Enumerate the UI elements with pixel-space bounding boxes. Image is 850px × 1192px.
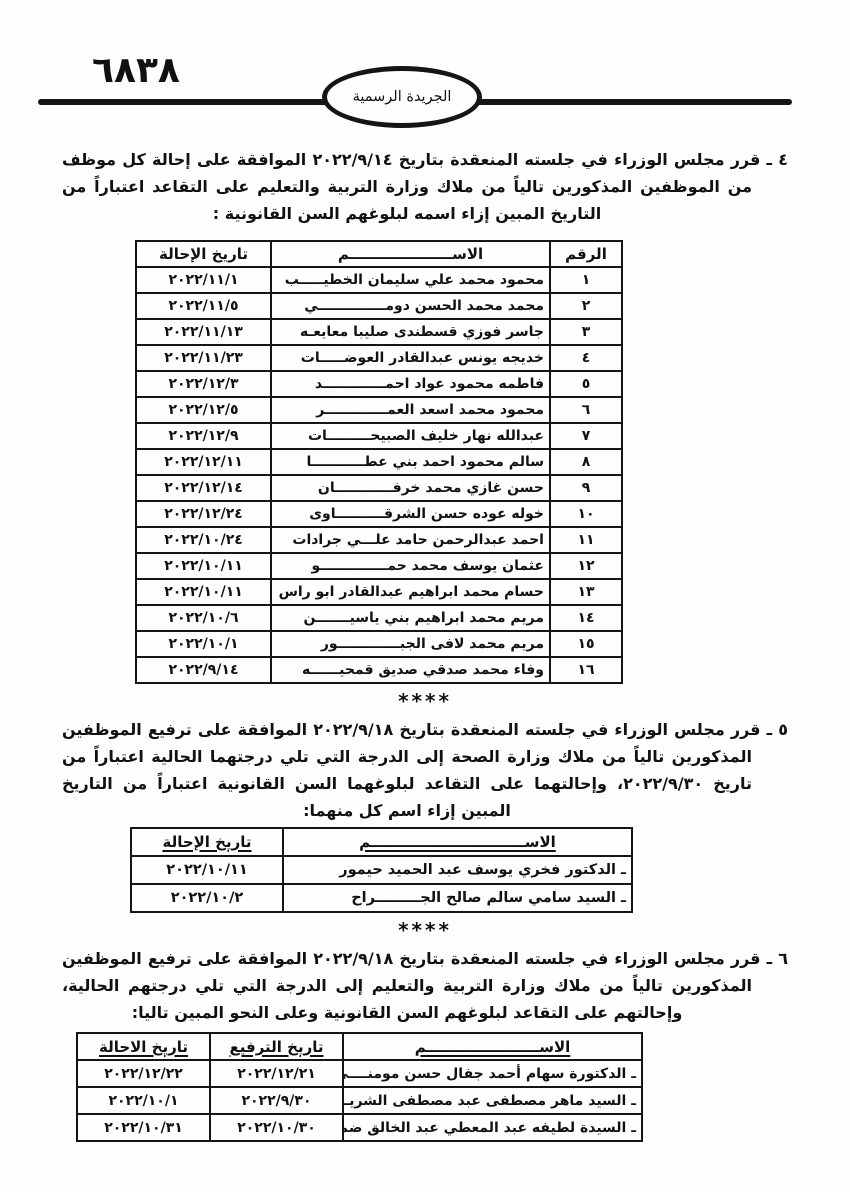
retirement-table-header-row: الرقم الاســــــــــــــــــــم تاريخ ال… [136, 241, 622, 267]
referral-date: ٢٠٢٢/١٠/٢٤ [136, 527, 271, 553]
employee-name: خوله عوده حسن الشرقــــــــــاوى [271, 501, 550, 527]
employee-name: مريم محمد لافى الجبـــــــــــــور [271, 631, 550, 657]
employee-name: محمود محمد علي سليمان الخطيـــــب [271, 267, 550, 293]
referral-date: ٢٠٢٢/١٠/١١ [136, 579, 271, 605]
referral-date: ٢٠٢٢/١٠/١١ [136, 553, 271, 579]
referral-date: ٢٠٢٢/١٢/٢٢ [77, 1060, 210, 1087]
column-header-promotion-date: تاريخ الترفيع [210, 1033, 343, 1060]
table-row: ١٤ مريم محمد ابراهيم بني ياسيـــــــن ٢٠… [136, 605, 622, 631]
table-row: ١٠ خوله عوده حسن الشرقــــــــــاوى ٢٠٢٢… [136, 501, 622, 527]
table-row: ١٦ وفاء محمد صدقي صديق قمحيــــــه ٢٠٢٢/… [136, 657, 622, 683]
employee-name: خديجه يونس عبدالقادر العوضـــــات [271, 345, 550, 371]
promotion-date: ٢٠٢٢/١٠/٣٠ [210, 1114, 343, 1141]
education-promotion-table: الاســــــــــــــــــــــم تاريخ الترفي… [76, 1032, 643, 1142]
education-table-header-row: الاســــــــــــــــــــــم تاريخ الترفي… [77, 1033, 642, 1060]
table-row: ٢ محمد محمد الحسن دومــــــــــــــي ٢٠٢… [136, 293, 622, 319]
referral-date: ٢٠٢٢/١٢/٥ [136, 397, 271, 423]
row-number: ٢ [550, 293, 622, 319]
gazette-logo-oval: الجريدة الرسمية [322, 66, 482, 128]
referral-date: ٢٠٢٢/١١/١٣ [136, 319, 271, 345]
column-header-referral-date: تاريخ الاحالة [77, 1033, 210, 1060]
row-number: ٦ [550, 397, 622, 423]
health-table-header-row: الاســــــــــــــــــــــــــــــم تاري… [131, 828, 632, 856]
table-row: ـ السيد ماهر مصطفى عبد مصطفى الشريـــف ٢… [77, 1087, 642, 1114]
referral-date: ٢٠٢٢/١٠/١١ [131, 856, 283, 884]
employee-name: ـ الدكتور فخري يوسف عبد الحميد حيمور [283, 856, 632, 884]
employee-name: عثمان يوسف محمد حمــــــــــــــو [271, 553, 550, 579]
row-number: ٧ [550, 423, 622, 449]
employee-name: محمد محمد الحسن دومــــــــــــــي [271, 293, 550, 319]
row-number: ٨ [550, 449, 622, 475]
referral-date: ٢٠٢٢/١٠/٢ [131, 884, 283, 912]
column-header-referral-date: تاريخ الإحالة [131, 828, 283, 856]
promotion-date: ٢٠٢٢/١٢/٢١ [210, 1060, 343, 1087]
table-row: ١١ احمد عبدالرحمن حامد علـــي جرادات ٢٠٢… [136, 527, 622, 553]
column-header-name: الاســــــــــــــــــــم [271, 241, 550, 267]
promotion-date: ٢٠٢٢/٩/٣٠ [210, 1087, 343, 1114]
employee-name: ـ السيد سامي سالم صالح الجـــــــــراح [283, 884, 632, 912]
column-header-name: الاســــــــــــــــــــــــــــــم [283, 828, 632, 856]
table-row: ٣ جاسر فوزي قسطندى صليبا معايعـه ٢٠٢٢/١١… [136, 319, 622, 345]
table-row: ـ السيد سامي سالم صالح الجـــــــــراح ٢… [131, 884, 632, 912]
row-number: ١٥ [550, 631, 622, 657]
row-number: ٣ [550, 319, 622, 345]
column-header-referral-date: تاريخ الإحالة [136, 241, 271, 267]
employee-name: سالم محمود احمد بني عطـــــــــــا [271, 449, 550, 475]
referral-date: ٢٠٢٢/١١/٥ [136, 293, 271, 319]
referral-date: ٢٠٢٢/١١/٢٣ [136, 345, 271, 371]
table-row: ـ الدكتورة سهام أحمد جفال حسن مومنــــي … [77, 1060, 642, 1087]
employee-name: مريم محمد ابراهيم بني ياسيـــــــن [271, 605, 550, 631]
table-row: ـ الدكتور فخري يوسف عبد الحميد حيمور ٢٠٢… [131, 856, 632, 884]
table-row: ١٢ عثمان يوسف محمد حمــــــــــــــو ٢٠٢… [136, 553, 622, 579]
row-number: ١٤ [550, 605, 622, 631]
referral-date: ٢٠٢٢/١٠/١ [136, 631, 271, 657]
referral-date: ٢٠٢٢/٩/١٤ [136, 657, 271, 683]
gazette-title: الجريدة الرسمية [353, 89, 452, 105]
row-number: ٩ [550, 475, 622, 501]
referral-date: ٢٠٢٢/١٢/١٤ [136, 475, 271, 501]
table-row: ٥ فاطمه محمود عواد احمـــــــــــــد ٢٠٢… [136, 371, 622, 397]
page-number: ٦٨٣٨ [92, 50, 180, 91]
decree-5-text: ٥ ـ قرر مجلس الوزراء في جلسته المنعقدة ب… [62, 716, 788, 824]
employee-name: ـ الدكتورة سهام أحمد جفال حسن مومنــــي [343, 1060, 642, 1087]
row-number: ٥ [550, 371, 622, 397]
decree-6-text: ٦ ـ قرر مجلس الوزراء في جلسته المنعقدة ب… [62, 945, 788, 1026]
row-number: ١١ [550, 527, 622, 553]
section-separator: **** [62, 690, 788, 712]
page-content: ٤ ـ قرر مجلس الوزراء في جلسته المنعقدة ب… [62, 146, 788, 1142]
decree-4-text: ٤ ـ قرر مجلس الوزراء في جلسته المنعقدة ب… [62, 146, 788, 227]
section-separator: **** [62, 919, 788, 941]
retirement-table: الرقم الاســــــــــــــــــــم تاريخ ال… [135, 240, 623, 684]
referral-date: ٢٠٢٢/١١/١ [136, 267, 271, 293]
row-number: ١٦ [550, 657, 622, 683]
employee-name: عبدالله نهار خليف الصبيحـــــــــات [271, 423, 550, 449]
employee-name: محمود محمد اسعد العمـــــــــــــر [271, 397, 550, 423]
employee-name: جاسر فوزي قسطندى صليبا معايعـه [271, 319, 550, 345]
table-row: ٦ محمود محمد اسعد العمـــــــــــــر ٢٠٢… [136, 397, 622, 423]
employee-name: حسام محمد ابراهيم عبدالقادر ابو راس [271, 579, 550, 605]
referral-date: ٢٠٢٢/١٢/٩ [136, 423, 271, 449]
row-number: ١٢ [550, 553, 622, 579]
employee-name: فاطمه محمود عواد احمـــــــــــــد [271, 371, 550, 397]
gazette-page: ٦٨٣٨ الجريدة الرسمية ٤ ـ قرر مجلس الوزرا… [0, 0, 850, 1192]
table-row: ١٥ مريم محمد لافى الجبـــــــــــــور ٢٠… [136, 631, 622, 657]
table-row: ١ محمود محمد علي سليمان الخطيـــــب ٢٠٢٢… [136, 267, 622, 293]
referral-date: ٢٠٢٢/١٢/١١ [136, 449, 271, 475]
health-promotion-table: الاســــــــــــــــــــــــــــــم تاري… [130, 827, 633, 913]
employee-name: ـ السيدة لطيفه عبد المعطي عبد الخالق ضمر… [343, 1114, 642, 1141]
employee-name: وفاء محمد صدقي صديق قمحيــــــه [271, 657, 550, 683]
referral-date: ٢٠٢٢/١٠/٣١ [77, 1114, 210, 1141]
column-header-number: الرقم [550, 241, 622, 267]
employee-name: احمد عبدالرحمن حامد علـــي جرادات [271, 527, 550, 553]
table-row: ـ السيدة لطيفه عبد المعطي عبد الخالق ضمر… [77, 1114, 642, 1141]
table-row: ٤ خديجه يونس عبدالقادر العوضـــــات ٢٠٢٢… [136, 345, 622, 371]
table-row: ٩ حسن غازي محمد خرفــــــــــــان ٢٠٢٢/١… [136, 475, 622, 501]
employee-name: حسن غازي محمد خرفــــــــــــان [271, 475, 550, 501]
referral-date: ٢٠٢٢/١٢/٢٤ [136, 501, 271, 527]
referral-date: ٢٠٢٢/١٠/٦ [136, 605, 271, 631]
column-header-name: الاســــــــــــــــــــــم [343, 1033, 642, 1060]
row-number: ٤ [550, 345, 622, 371]
table-row: ١٣ حسام محمد ابراهيم عبدالقادر ابو راس ٢… [136, 579, 622, 605]
table-row: ٧ عبدالله نهار خليف الصبيحـــــــــات ٢٠… [136, 423, 622, 449]
referral-date: ٢٠٢٢/١٠/١ [77, 1087, 210, 1114]
row-number: ١٣ [550, 579, 622, 605]
table-row: ٨ سالم محمود احمد بني عطـــــــــــا ٢٠٢… [136, 449, 622, 475]
referral-date: ٢٠٢٢/١٢/٣ [136, 371, 271, 397]
employee-name: ـ السيد ماهر مصطفى عبد مصطفى الشريـــف [343, 1087, 642, 1114]
row-number: ١٠ [550, 501, 622, 527]
row-number: ١ [550, 267, 622, 293]
